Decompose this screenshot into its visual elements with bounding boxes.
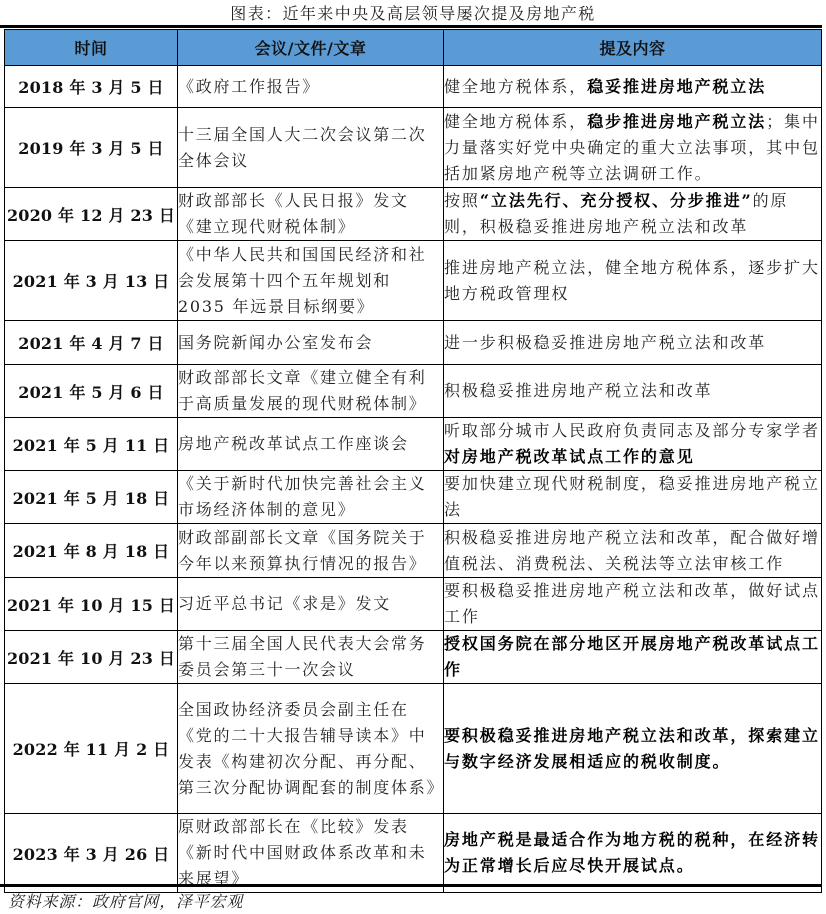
column-header-meeting: 会议/文件/文章 <box>178 30 444 66</box>
content-text: 要积极稳妥推进房地产税立法和改革，做好试点工作 <box>444 581 820 626</box>
table-row: 2021 年 10 月 23 日 第十三届全国人民代表大会常务委员会第三十一次会… <box>5 631 822 684</box>
meeting-cell: 全国政协经济委员会副主任在《党的二十大报告辅导读本》中发表《构建初次分配、再分配… <box>178 684 444 814</box>
content-text-bold: “立法先行、充分授权、分步推进” <box>480 191 753 210</box>
content-text: 健全地方税体系， <box>444 77 587 96</box>
content-text-bold: 对房地产税改革试点工作的意见 <box>444 447 695 466</box>
policy-mentions-table: 时间 会议/文件/文章 提及内容 2018 年 3 月 5 日 《政府工作报告》… <box>4 29 822 893</box>
column-header-content: 提及内容 <box>444 30 822 66</box>
meeting-cell: 财政部副部长文章《国务院关于今年以来预算执行情况的报告》 <box>178 524 444 578</box>
date-cell: 2020 年 12 月 23 日 <box>5 188 178 241</box>
content-cell: 积极稳妥推进房地产税立法和改革 <box>444 365 822 418</box>
meeting-cell: 《关于新时代加快完善社会主义市场经济体制的意见》 <box>178 471 444 524</box>
table-row: 2021 年 4 月 7 日 国务院新闻办公室发布会 进一步积极稳妥推进房地产税… <box>5 321 822 365</box>
content-cell: 积极稳妥推进房地产税立法和改革，配合做好增值税法、消费税法、关税法等立法审核工作 <box>444 524 822 578</box>
meeting-cell: 原财政部部长在《比较》发表《新时代中国财政体系改革和未来展望》 <box>178 814 444 893</box>
meeting-cell: 财政部部长《人民日报》发文《建立现代财税体制》 <box>178 188 444 241</box>
content-cell: 按照“立法先行、充分授权、分步推进”的原则，积极稳妥推进房地产税立法和改革 <box>444 188 822 241</box>
table-row: 2023 年 3 月 26 日 原财政部部长在《比较》发表《新时代中国财政体系改… <box>5 814 822 893</box>
content-cell: 听取部分城市人民政府负责同志及部分专家学者对房地产税改革试点工作的意见 <box>444 418 822 471</box>
meeting-cell: 习近平总书记《求是》发文 <box>178 578 444 631</box>
content-text: 推进房地产税立法，健全地方税体系，逐步扩大地方税政管理权 <box>444 258 820 303</box>
content-cell: 授权国务院在部分地区开展房地产税改革试点工作 <box>444 631 822 684</box>
table-row: 2021 年 3 月 13 日 《中华人民共和国国民经济和社会发展第十四个五年规… <box>5 241 822 321</box>
date-cell: 2021 年 10 月 15 日 <box>5 578 178 631</box>
content-text: 要加快建立现代财税制度，稳妥推进房地产税立法 <box>444 474 820 519</box>
date-cell: 2022 年 11 月 2 日 <box>5 684 178 814</box>
content-cell: 要积极稳妥推进房地产税立法和改革，做好试点工作 <box>444 578 822 631</box>
content-cell: 要加快建立现代财税制度，稳妥推进房地产税立法 <box>444 471 822 524</box>
content-cell: 房地产税是最适合作为地方税的税种，在经济转为正常增长后应尽快开展试点。 <box>444 814 822 893</box>
content-text: 积极稳妥推进房地产税立法和改革，配合做好增值税法、消费税法、关税法等立法审核工作 <box>444 528 820 573</box>
meeting-cell: 《政府工作报告》 <box>178 66 444 108</box>
source-note: 资料来源：政府官网，泽平宏观 <box>8 891 243 913</box>
date-cell: 2021 年 4 月 7 日 <box>5 321 178 365</box>
content-text: 按照 <box>444 191 480 210</box>
date-cell: 2021 年 5 月 18 日 <box>5 471 178 524</box>
content-cell: 健全地方税体系，稳妥推进房地产税立法 <box>444 66 822 108</box>
content-text: 听取部分城市人民政府负责同志及部分专家学者 <box>444 421 820 440</box>
table-row: 2021 年 5 月 6 日 财政部部长文章《建立健全有利于高质量发展的现代财税… <box>5 365 822 418</box>
table-row: 2021 年 10 月 15 日 习近平总书记《求是》发文 要积极稳妥推进房地产… <box>5 578 822 631</box>
figure-title: 图表：近年来中央及高层领导屡次提及房地产税 <box>0 3 826 25</box>
table-row: 2021 年 5 月 18 日 《关于新时代加快完善社会主义市场经济体制的意见》… <box>5 471 822 524</box>
content-cell: 推进房地产税立法，健全地方税体系，逐步扩大地方税政管理权 <box>444 241 822 321</box>
meeting-cell: 第十三届全国人民代表大会常务委员会第三十一次会议 <box>178 631 444 684</box>
meeting-cell: 房地产税改革试点工作座谈会 <box>178 418 444 471</box>
content-text-bold: 授权国务院在部分地区开展房地产税改革试点工作 <box>444 634 820 679</box>
content-text-bold: 稳步推进房地产税立法 <box>587 112 766 131</box>
date-cell: 2019 年 3 月 5 日 <box>5 108 178 188</box>
table-row: 2020 年 12 月 23 日 财政部部长《人民日报》发文《建立现代财税体制》… <box>5 188 822 241</box>
table-header-row: 时间 会议/文件/文章 提及内容 <box>5 30 822 66</box>
date-cell: 2021 年 5 月 11 日 <box>5 418 178 471</box>
date-cell: 2021 年 10 月 23 日 <box>5 631 178 684</box>
date-cell: 2023 年 3 月 26 日 <box>5 814 178 893</box>
date-cell: 2021 年 8 月 18 日 <box>5 524 178 578</box>
table-row: 2021 年 8 月 18 日 财政部副部长文章《国务院关于今年以来预算执行情况… <box>5 524 822 578</box>
table-row: 2021 年 5 月 11 日 房地产税改革试点工作座谈会 听取部分城市人民政府… <box>5 418 822 471</box>
date-cell: 2018 年 3 月 5 日 <box>5 66 178 108</box>
table-row: 2018 年 3 月 5 日 《政府工作报告》 健全地方税体系，稳妥推进房地产税… <box>5 66 822 108</box>
content-text-bold: 房地产税是最适合作为地方税的税种，在经济转为正常增长后应尽快开展试点。 <box>444 830 820 875</box>
date-cell: 2021 年 3 月 13 日 <box>5 241 178 321</box>
content-cell: 健全地方税体系，稳步推进房地产税立法；集中力量落实好党中央确定的重大立法事项，其… <box>444 108 822 188</box>
meeting-cell: 《中华人民共和国国民经济和社会发展第十四个五年规划和 2035 年远景目标纲要》 <box>178 241 444 321</box>
content-text-bold: 要积极稳妥推进房地产税立法和改革，探索建立与数字经济发展相适应的税收制度。 <box>444 726 820 771</box>
content-text: 积极稳妥推进房地产税立法和改革 <box>444 381 713 400</box>
content-text: 进一步积极稳妥推进房地产税立法和改革 <box>444 333 766 352</box>
content-text-bold: 稳妥推进房地产税立法 <box>587 77 766 96</box>
table-row: 2019 年 3 月 5 日 十三届全国人大二次会议第二次全体会议 健全地方税体… <box>5 108 822 188</box>
meeting-cell: 十三届全国人大二次会议第二次全体会议 <box>178 108 444 188</box>
column-header-time: 时间 <box>5 30 178 66</box>
bottom-rule-divider <box>0 884 822 887</box>
top-rule-divider <box>0 25 822 28</box>
meeting-cell: 国务院新闻办公室发布会 <box>178 321 444 365</box>
content-cell: 要积极稳妥推进房地产税立法和改革，探索建立与数字经济发展相适应的税收制度。 <box>444 684 822 814</box>
content-cell: 进一步积极稳妥推进房地产税立法和改革 <box>444 321 822 365</box>
date-cell: 2021 年 5 月 6 日 <box>5 365 178 418</box>
content-text: 健全地方税体系， <box>444 112 587 131</box>
table-row: 2022 年 11 月 2 日 全国政协经济委员会副主任在《党的二十大报告辅导读… <box>5 684 822 814</box>
meeting-cell: 财政部部长文章《建立健全有利于高质量发展的现代财税体制》 <box>178 365 444 418</box>
